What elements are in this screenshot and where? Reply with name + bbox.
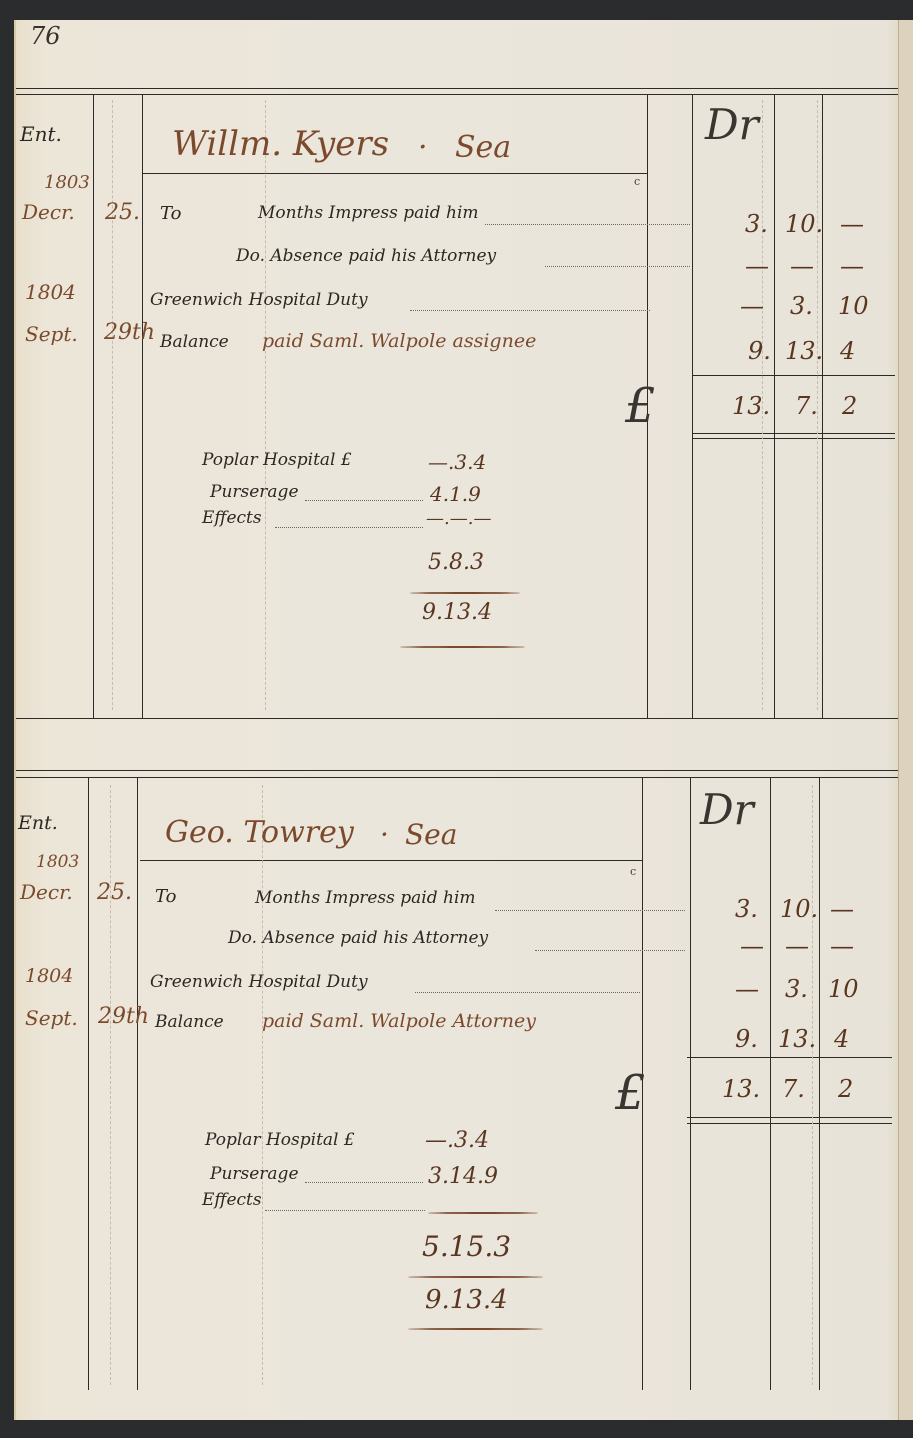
col-rule-pounds: [774, 95, 775, 718]
entry-month: Sept.: [25, 322, 78, 346]
sum-underline: [428, 1212, 538, 1214]
rule-top-2: [16, 777, 898, 778]
rule-total-above: [687, 1057, 892, 1058]
amount-shillings: 10.: [780, 895, 818, 923]
account-rank: Sea: [455, 130, 511, 165]
col-rule-shillings: [819, 778, 820, 1390]
total-pound-sign: £: [615, 1065, 646, 1121]
col-rule-folio: [692, 95, 693, 718]
amount-pence: 10: [828, 975, 859, 1003]
rule-top-2: [16, 94, 898, 95]
rule-total-below-2: [693, 438, 895, 439]
folio-mark: c: [630, 865, 636, 878]
leader-dots: [305, 1182, 423, 1183]
sum-underline: [408, 1328, 543, 1330]
total-pound-sign: £: [625, 378, 656, 434]
amount-shillings: —: [790, 252, 814, 280]
debit-header: Dr: [705, 100, 759, 149]
sum-underline: [400, 646, 525, 648]
entry-year: 1803: [36, 852, 79, 872]
leader-dots: [415, 992, 640, 993]
entry-prefix: To: [160, 203, 181, 224]
breakdown-label: Purserage: [210, 482, 299, 502]
entry-year: 1803: [44, 172, 90, 193]
rule-total-below-1: [687, 1117, 892, 1118]
amount-pounds: —: [745, 252, 769, 280]
entry-day: 29th: [104, 320, 155, 345]
entry-year: 1804: [25, 965, 73, 987]
amount-pounds: —: [740, 292, 764, 320]
breakdown-label: Effects: [202, 1190, 262, 1210]
col-rule-folio: [690, 778, 691, 1390]
entry-description: Months Impress paid him: [258, 203, 479, 223]
leader-dots: [305, 500, 423, 501]
total-pence: 2: [842, 392, 857, 420]
entry-description: Greenwich Hospital Duty: [150, 972, 368, 992]
amount-pounds: 9.: [735, 1025, 758, 1053]
breakdown-value: 4.1.9: [430, 482, 481, 506]
date-header: Ent.: [18, 812, 58, 834]
leader-dots: [265, 1210, 425, 1211]
entry-annotation: paid Saml. Walpole assignee: [262, 330, 536, 352]
leader-dots: [410, 310, 650, 311]
entry-description: Greenwich Hospital Duty: [150, 290, 368, 310]
col-rule-date: [88, 778, 89, 1390]
faint-guide: [112, 100, 113, 710]
total-shillings: 7.: [782, 1075, 805, 1103]
entry-year: 1804: [25, 280, 76, 304]
col-rule-day: [137, 778, 138, 1390]
breakdown-grand-total: 9.13.4: [422, 600, 492, 625]
account-rank: Sea: [405, 818, 457, 851]
leader-dots: [275, 527, 423, 528]
rule-total-below-1: [693, 433, 895, 434]
amount-pence: 4: [840, 337, 855, 365]
amount-pence: —: [830, 932, 854, 960]
amount-pounds: —: [735, 975, 759, 1003]
leader-dots: [545, 266, 690, 267]
breakdown-subtotal: 5.8.3: [428, 550, 484, 575]
entry-prefix: To: [155, 886, 176, 907]
amount-shillings: 13.: [785, 337, 823, 365]
date-header: Ent.: [20, 122, 62, 146]
amount-pounds: 9.: [748, 337, 771, 365]
rule-total-below-2: [687, 1123, 892, 1124]
breakdown-label: Poplar Hospital £: [202, 450, 352, 470]
page-number: 76: [30, 22, 61, 50]
amount-shillings: 3.: [790, 292, 813, 320]
sum-underline: [408, 1276, 543, 1278]
entry-day: 25.: [97, 880, 132, 905]
account-name: Geo. Towrey: [165, 815, 354, 850]
amount-shillings: 10.: [785, 210, 823, 238]
entry-day: 25.: [105, 200, 140, 225]
total-pounds: 13.: [732, 392, 770, 420]
leader-dots: [495, 910, 685, 911]
breakdown-grand-total: 9.13.4: [425, 1285, 508, 1315]
book-spine-edge: [898, 20, 913, 1420]
rule-header-box: [140, 860, 642, 861]
entry-description: Do. Absence paid his Attorney: [228, 928, 488, 948]
total-pounds: 13.: [722, 1075, 760, 1103]
rule-top-1: [16, 88, 898, 89]
leader-dots: [535, 950, 685, 951]
total-shillings: 7.: [795, 392, 818, 420]
breakdown-label: Purserage: [210, 1164, 299, 1184]
amount-pounds: 3.: [745, 210, 768, 238]
breakdown-label: Poplar Hospital £: [205, 1130, 355, 1150]
rule-total-above: [693, 375, 895, 376]
amount-shillings: —: [785, 932, 809, 960]
col-rule-day: [142, 95, 143, 718]
amount-shillings: 13.: [778, 1025, 816, 1053]
amount-pence: —: [830, 895, 854, 923]
amount-pounds: 3.: [735, 895, 758, 923]
amount-pence: —: [840, 252, 864, 280]
account-name: Willm. Kyers: [172, 124, 389, 164]
rule-section-end: [16, 718, 898, 719]
name-separator: ·: [380, 818, 389, 851]
amount-pence: —: [840, 210, 864, 238]
amount-pence: 10: [838, 292, 869, 320]
breakdown-label: Effects: [202, 508, 262, 528]
amount-pounds: —: [740, 932, 764, 960]
breakdown-subtotal: 5.15.3: [422, 1230, 511, 1263]
rule-header-box: [143, 173, 648, 174]
col-rule-date: [93, 95, 94, 718]
breakdown-value: —.—.—: [426, 508, 491, 529]
entry-month: Sept.: [25, 1006, 78, 1030]
entry-annotation: paid Saml. Walpole Attorney: [262, 1010, 536, 1032]
sum-underline: [410, 592, 520, 594]
total-pence: 2: [838, 1075, 853, 1103]
rule-top-1: [16, 770, 898, 771]
amount-pence: 4: [834, 1025, 849, 1053]
col-rule-pounds: [770, 778, 771, 1390]
entry-description: Balance: [155, 1012, 224, 1032]
entry-month: Decr.: [20, 880, 73, 904]
folio-mark: c: [634, 175, 640, 188]
entry-description: Months Impress paid him: [255, 888, 476, 908]
entry-month: Decr.: [22, 200, 75, 224]
breakdown-value: —.3.4: [425, 1128, 489, 1153]
entry-day: 29th: [98, 1004, 149, 1029]
faint-guide: [812, 785, 813, 1385]
entry-description: Do. Absence paid his Attorney: [236, 246, 496, 266]
name-separator: ·: [418, 130, 428, 165]
faint-guide: [110, 785, 111, 1385]
faint-guide: [265, 100, 266, 710]
entry-description: Balance: [160, 332, 229, 352]
col-rule-shillings: [822, 95, 823, 718]
amount-shillings: 3.: [785, 975, 808, 1003]
leader-dots: [485, 224, 690, 225]
debit-header: Dr: [700, 785, 754, 834]
breakdown-value: —.3.4: [428, 450, 486, 474]
faint-guide: [262, 785, 263, 1385]
breakdown-value: 3.14.9: [428, 1164, 498, 1189]
